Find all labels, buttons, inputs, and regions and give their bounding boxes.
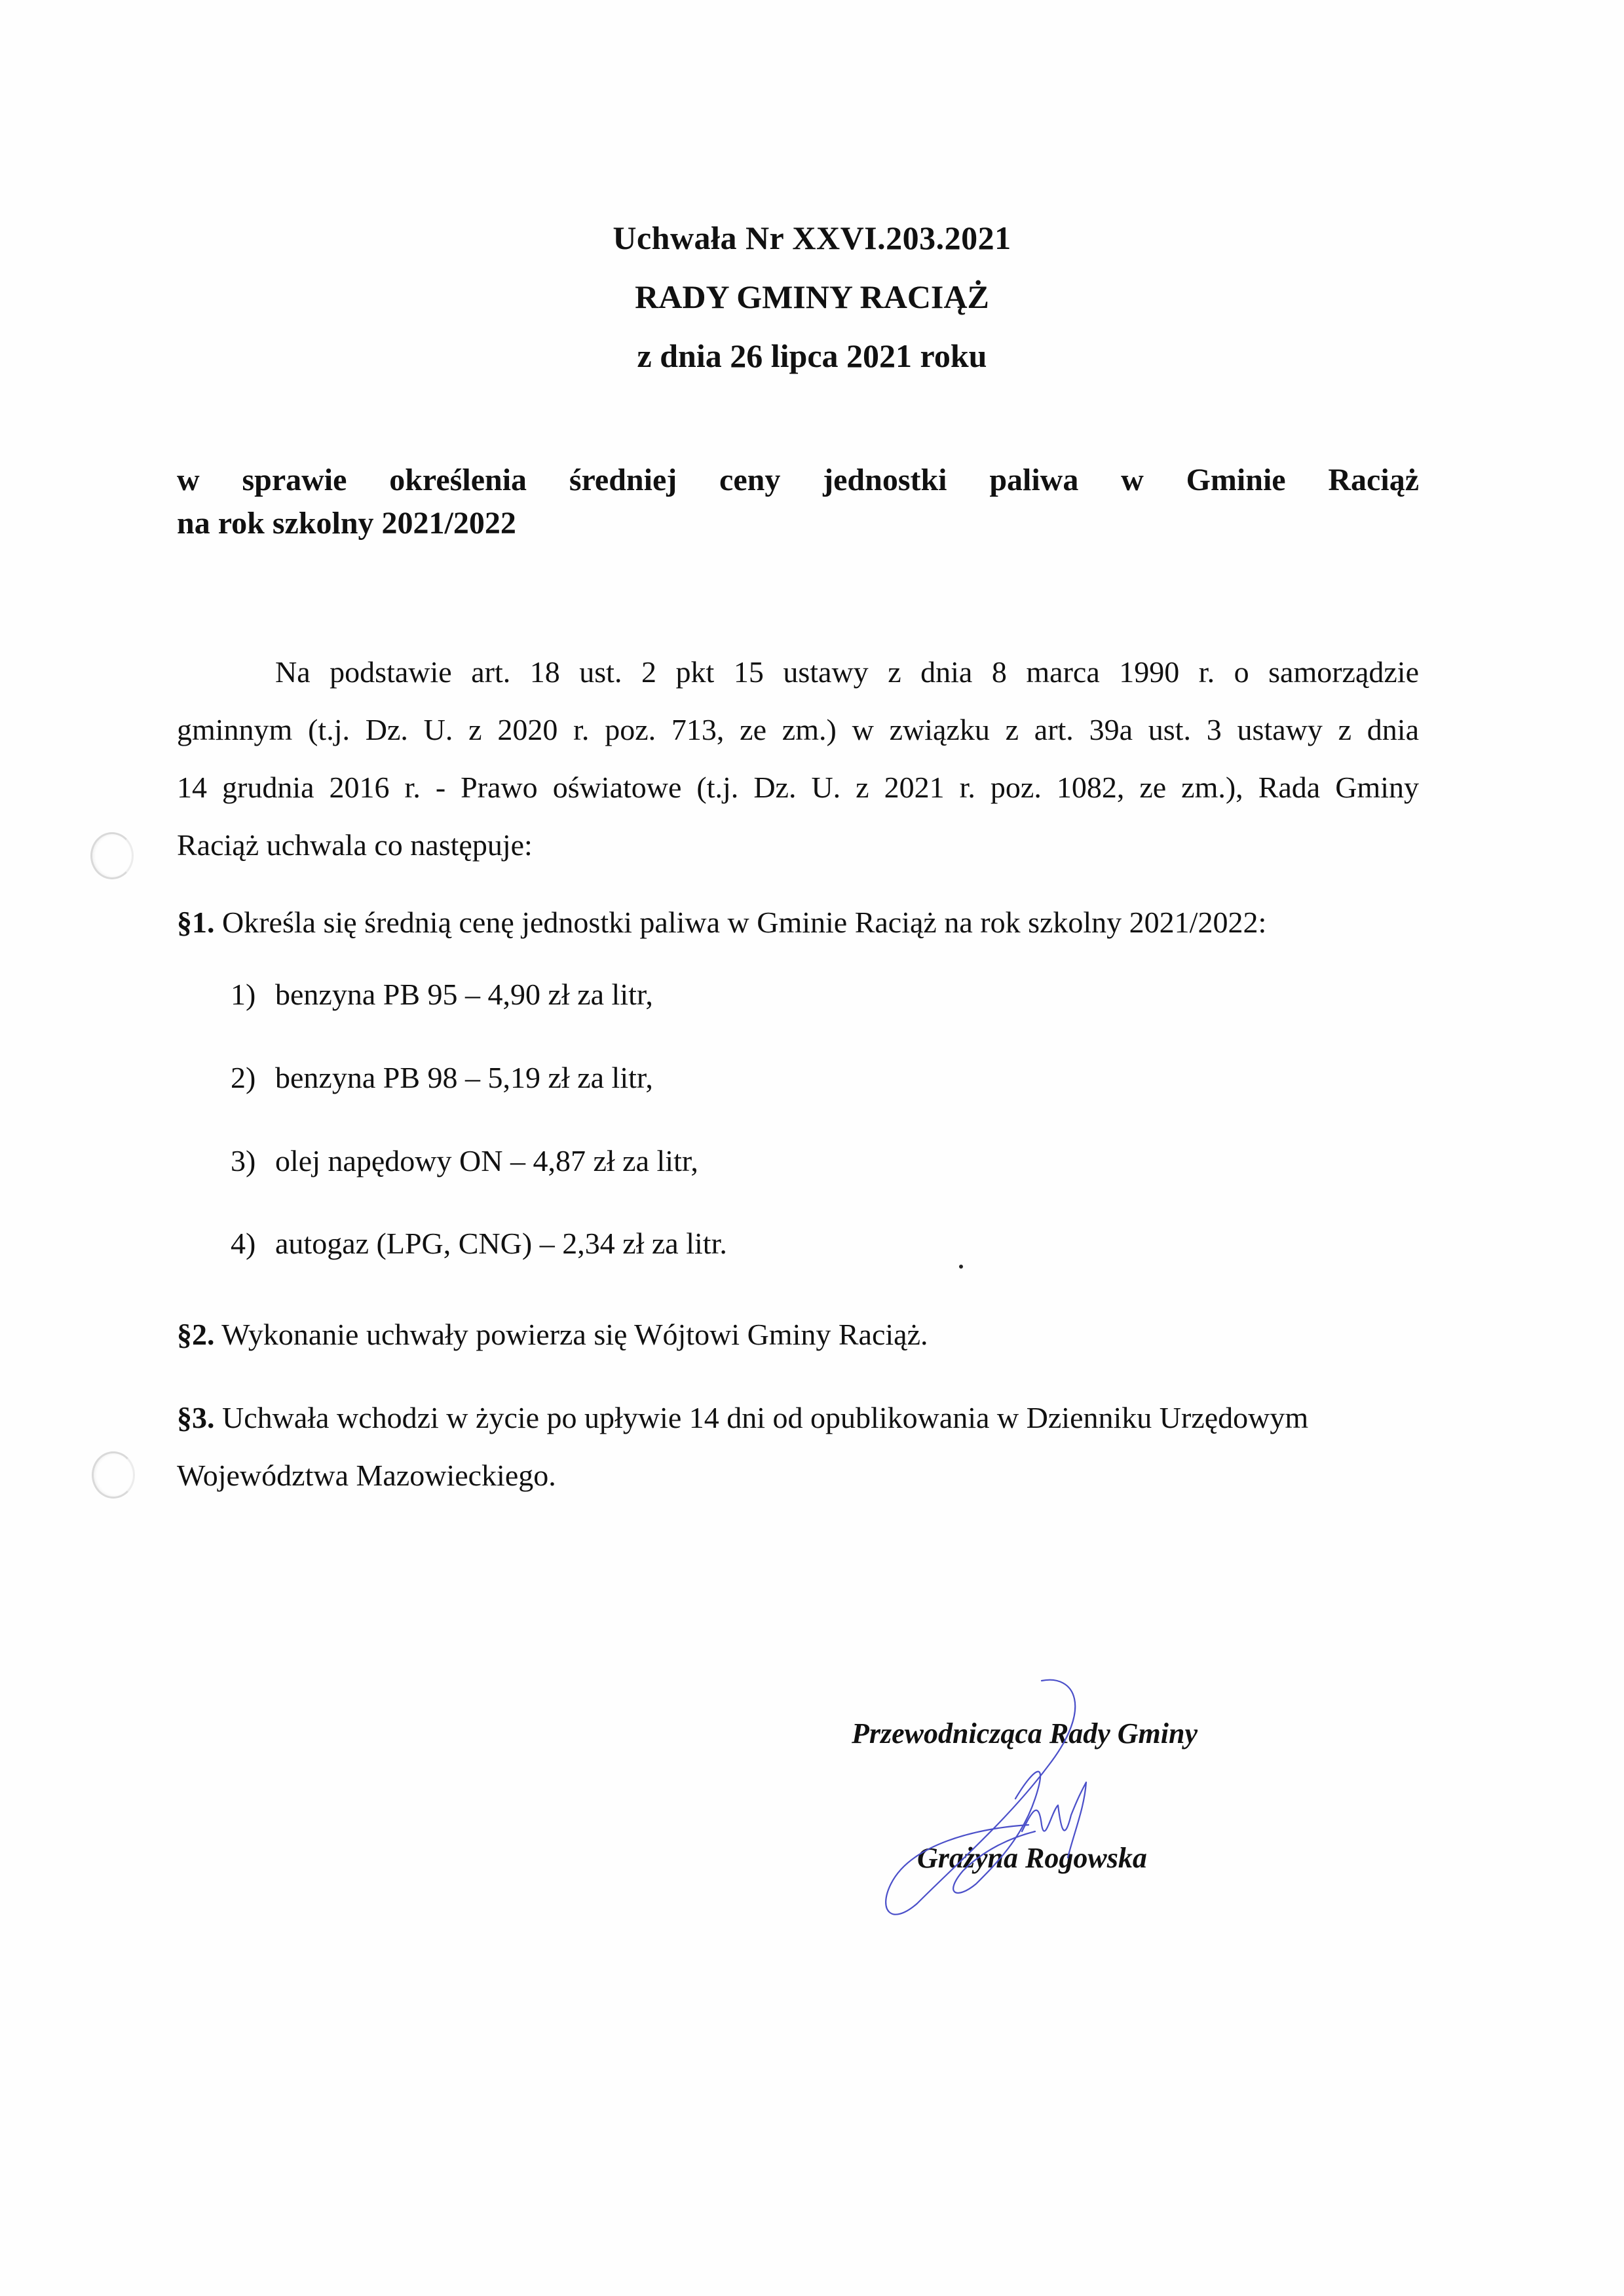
document-page: Uchwała Nr XXVI.203.2021 RADY GMINY RACI… — [0, 0, 1624, 2296]
list-item-text: olej napędowy ON – 4,87 zł za litr, — [275, 1144, 698, 1177]
handwritten-signature — [878, 1668, 1153, 1930]
list-item-text: benzyna PB 95 – 4,90 zł za litr, — [275, 978, 653, 1011]
resolution-header: Uchwała Nr XXVI.203.2021 RADY GMINY RACI… — [0, 208, 1624, 385]
issuer-name: RADY GMINY RACIĄŻ — [0, 267, 1624, 326]
list-item: 2)benzyna PB 98 – 5,19 zł za litr, — [231, 1058, 653, 1098]
section-3-label: §3. — [177, 1401, 215, 1434]
resolution-number: Uchwała Nr XXVI.203.2021 — [0, 208, 1624, 267]
section-3-text: Uchwała wchodzi w życie po upływie 14 dn… — [215, 1401, 1309, 1434]
legal-basis-line: Raciąż uchwala co następuje: — [177, 816, 1419, 874]
list-item-number: 1) — [231, 975, 275, 1014]
legal-basis-paragraph: Na podstawie art. 18 ust. 2 pkt 15 ustaw… — [177, 643, 1419, 874]
legal-basis-line: Na podstawie art. 18 ust. 2 pkt 15 ustaw… — [177, 643, 1419, 701]
list-item: 1)benzyna PB 95 – 4,90 zł za litr, — [231, 975, 653, 1014]
section-1-text: Określa się średnią cenę jednostki paliw… — [215, 906, 1267, 939]
section-1-label: §1. — [177, 906, 215, 939]
list-item-number: 4) — [231, 1224, 275, 1263]
list-item-text: autogaz (LPG, CNG) – 2,34 zł za litr. — [275, 1227, 727, 1260]
list-item-number: 3) — [231, 1141, 275, 1181]
punch-hole-mark — [92, 1451, 135, 1499]
section-2-paragraph: §2. Wykonanie uchwały powierza się Wójto… — [177, 1306, 928, 1364]
scan-dot-mark — [959, 1265, 963, 1269]
resolution-subject: w sprawie określenia średniej ceny jedno… — [177, 459, 1419, 545]
punch-hole-mark — [90, 832, 134, 879]
legal-basis-line: gminnym (t.j. Dz. U. z 2020 r. poz. 713,… — [177, 701, 1419, 759]
list-item: 3)olej napędowy ON – 4,87 zł za litr, — [231, 1141, 698, 1181]
section-2-label: §2. — [177, 1318, 215, 1351]
legal-basis-line: 14 grudnia 2016 r. - Prawo oświatowe (t.… — [177, 759, 1419, 816]
section-2-text: Wykonanie uchwały powierza się Wójtowi G… — [215, 1318, 928, 1351]
list-item: 4)autogaz (LPG, CNG) – 2,34 zł za litr. — [231, 1224, 727, 1263]
section-3-continuation: Województwa Mazowieckiego. — [177, 1447, 556, 1504]
list-item-text: benzyna PB 98 – 5,19 zł za litr, — [275, 1061, 653, 1094]
subject-line-2: na rok szkolny 2021/2022 — [177, 502, 1419, 545]
subject-line-1: w sprawie określenia średniej ceny jedno… — [177, 459, 1419, 502]
section-1-paragraph: §1. Określa się średnią cenę jednostki p… — [177, 894, 1266, 951]
resolution-date: z dnia 26 lipca 2021 roku — [0, 326, 1624, 385]
list-item-number: 2) — [231, 1058, 275, 1098]
section-3-paragraph: §3. Uchwała wchodzi w życie po upływie 1… — [177, 1389, 1308, 1447]
